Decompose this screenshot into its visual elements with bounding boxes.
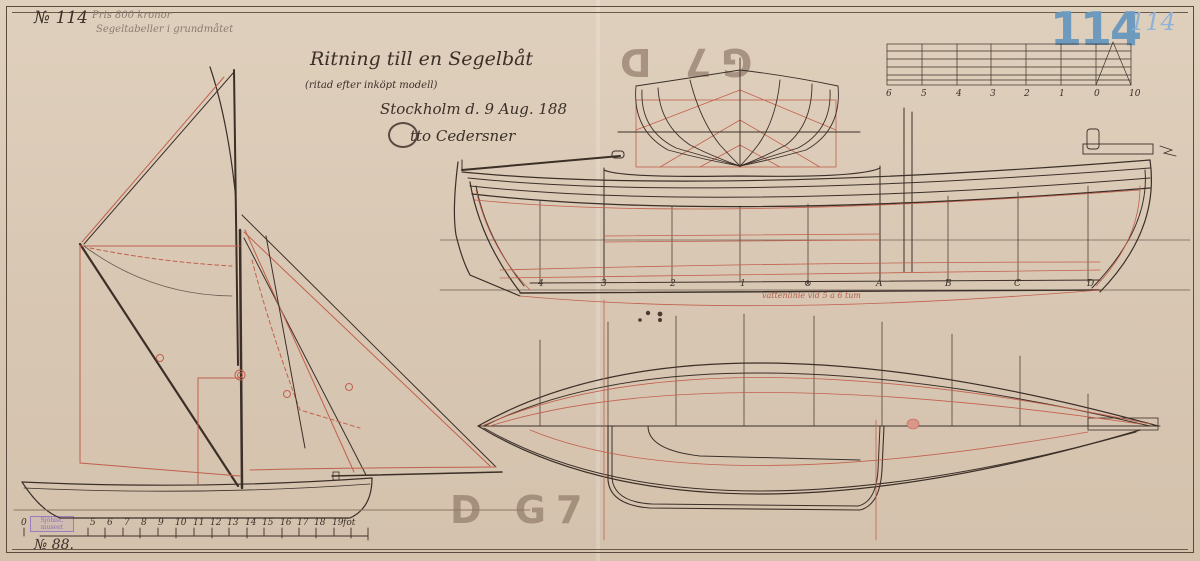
scale-bar-bottom: [14, 510, 530, 540]
scale-bar-top: [887, 42, 1131, 85]
ink-stains: [638, 311, 662, 322]
drawing-sheet: № 114 Pris 800 kronor Segeltabeller i gr…: [0, 0, 1200, 561]
half-breadth-red: [482, 300, 1150, 540]
body-plan: [618, 58, 860, 167]
sheer-plan-red: [475, 186, 1140, 306]
mast-step-mark: [907, 419, 919, 429]
sail-plan: [22, 67, 502, 518]
half-breadth-plan: [478, 314, 1160, 510]
drawing-linework: [0, 0, 1200, 561]
sheer-plan: [440, 108, 1190, 296]
